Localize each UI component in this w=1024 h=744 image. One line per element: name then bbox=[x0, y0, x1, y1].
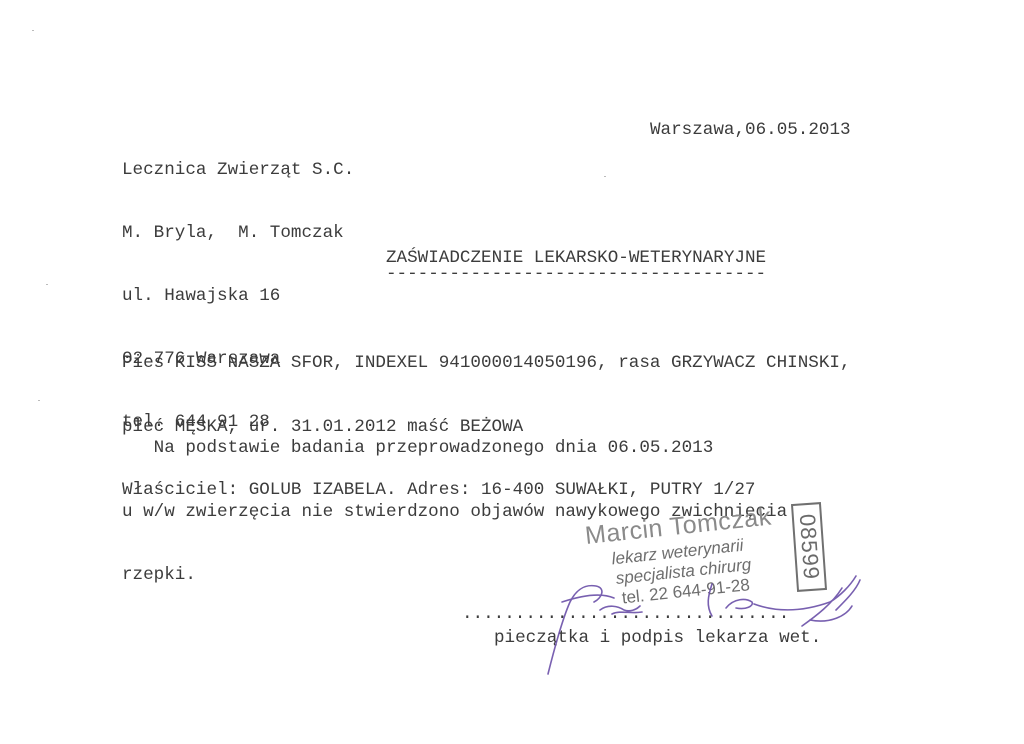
scan-speck bbox=[38, 400, 40, 401]
animal-line-identity: Pies KISS NASZA SFOR, INDEXEL 9410000140… bbox=[122, 353, 851, 375]
scan-speck bbox=[46, 284, 48, 285]
clinic-name: Lecznica Zwierząt S.C. bbox=[122, 160, 354, 181]
scan-speck bbox=[604, 176, 606, 177]
license-number: 08599 bbox=[793, 504, 825, 590]
title-underline: ------------------------------------ bbox=[386, 264, 766, 285]
signature-caption: pieczątka i podpis lekarza wet. bbox=[494, 628, 821, 649]
finding-line-1: Na podstawie badania przeprowadzonego dn… bbox=[122, 438, 787, 460]
clinic-street: ul. Hawajska 16 bbox=[122, 286, 354, 307]
scan-speck bbox=[32, 30, 34, 31]
license-number-box: 08599 bbox=[791, 502, 827, 592]
clinic-owners: M. Bryla, M. Tomczak bbox=[122, 223, 354, 244]
place-and-date: Warszawa,06.05.2013 bbox=[650, 120, 851, 141]
signature-dotted-line: ............................... bbox=[462, 604, 789, 625]
